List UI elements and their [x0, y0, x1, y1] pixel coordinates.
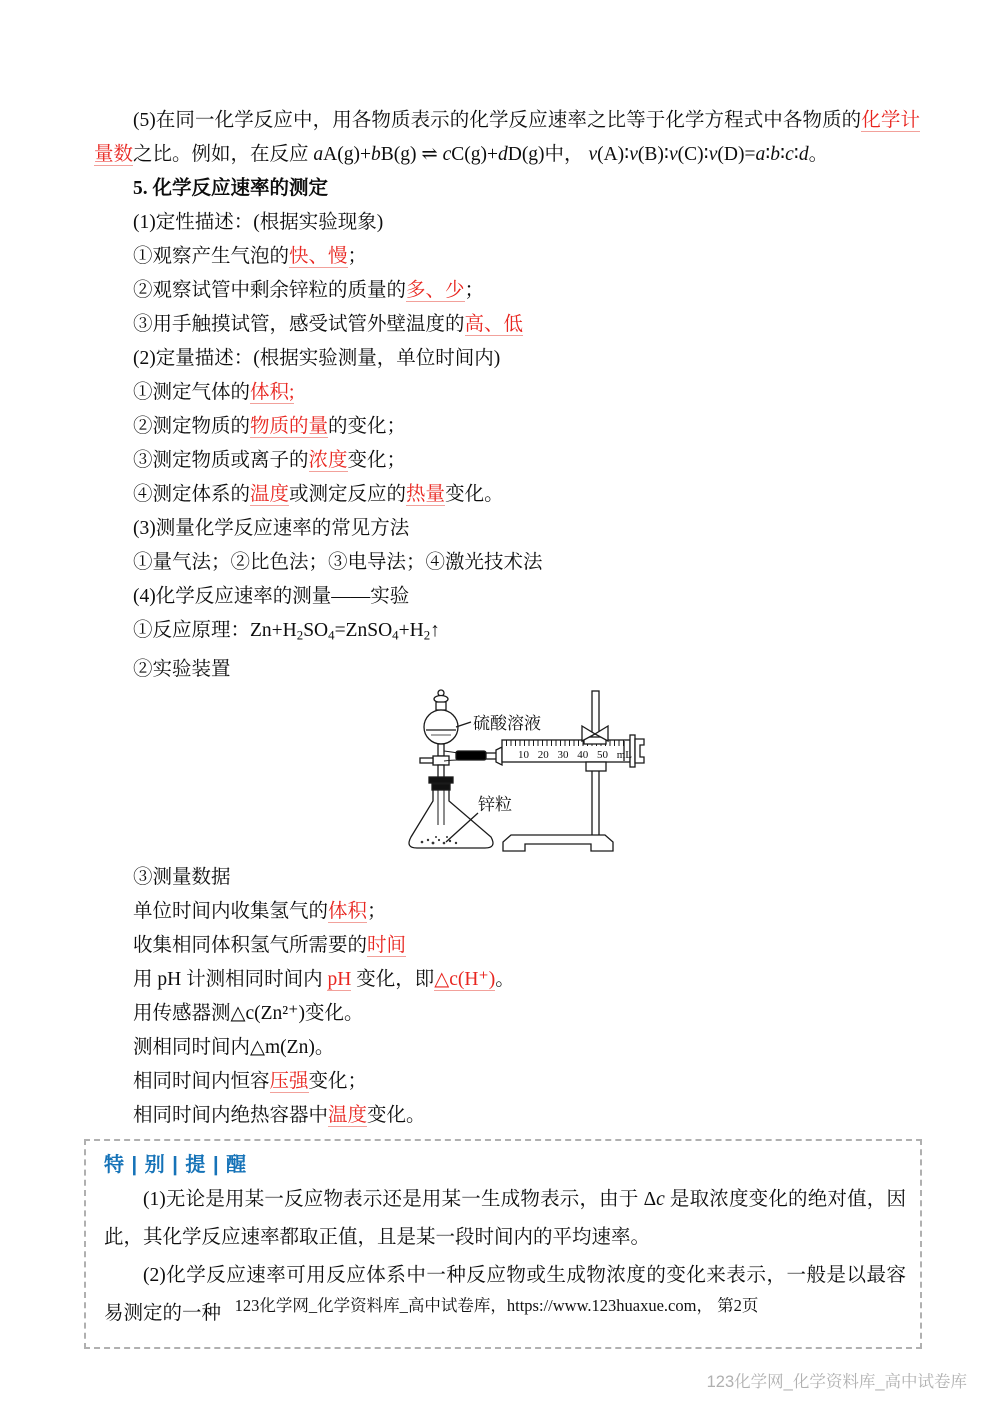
- measure-ph: 用 pH 计测相同时间内 pH 变化，即△c(H⁺)。: [94, 963, 920, 997]
- item-common-methods-intro: (3)测量化学反应速率的常见方法: [94, 512, 920, 546]
- zinc-label: 锌粒: [478, 795, 512, 814]
- measure-zn-mass: 测相同时间内△m(Zn)。: [94, 1031, 920, 1065]
- measure-volume: 单位时间内收集氢气的体积；: [94, 895, 920, 929]
- item-qualitative-1: ①观察产生气泡的快、慢；: [94, 240, 920, 274]
- item-quantitative-2: ②测定物质的物质的量的变化；: [94, 410, 920, 444]
- reminder-box: 特 | 别 | 提 | 醒 (1)无论是用某一反应物表示还是用某一生成物表示，由…: [84, 1139, 922, 1349]
- separating-funnel: [420, 690, 458, 779]
- page-content: (5)在同一化学反应中，用各物质表示的化学反应速率之比等于化学方程式中各物质的化…: [94, 104, 920, 1349]
- diagram-labels: 硫酸溶液 锌粒: [446, 714, 541, 842]
- measure-zn-ion: 用传感器测△c(Zn²⁺)变化。: [94, 997, 920, 1031]
- item-quantitative-intro: (2)定量描述：(根据实验测量，单位时间内): [94, 342, 920, 376]
- apparatus-figure: 10 20 30 40 50 mL 硫酸溶液 锌粒: [94, 687, 920, 861]
- item-apparatus-label: ②实验装置: [94, 653, 920, 687]
- item-quantitative-3: ③测定物质或离子的浓度变化；: [94, 444, 920, 478]
- reminder-title: 特 | 别 | 提 | 醒: [104, 1149, 906, 1181]
- measure-pressure: 相同时间内恒容压强变化；: [94, 1065, 920, 1099]
- reminder-point-1: (1)无论是用某一反应物表示还是用某一生成物表示，由于 Δc 是取浓度变化的绝对…: [104, 1181, 906, 1257]
- measure-time: 收集相同体积氢气所需要的时间: [94, 929, 920, 963]
- measure-temperature: 相同时间内绝热容器中温度变化。: [94, 1099, 920, 1133]
- gas-syringe: 10 20 30 40 50 mL: [496, 735, 644, 767]
- acid-solution-label: 硫酸溶液: [473, 714, 541, 733]
- item-reaction-principle: ①反应原理：Zn+H2SO4=ZnSO4+H2↑: [94, 614, 920, 653]
- item-quantitative-4: ④测定体系的温度或测定反应的热量变化。: [94, 478, 920, 512]
- item-common-methods-list: ①量气法；②比色法；③电导法；④激光技术法: [94, 546, 920, 580]
- item-measured-data-label: ③测量数据: [94, 861, 920, 895]
- apparatus-diagram: 10 20 30 40 50 mL 硫酸溶液 锌粒: [392, 689, 672, 859]
- site-watermark: 123化学网_化学资料库_高中试卷库: [707, 1368, 967, 1392]
- item-quantitative-1: ①测定气体的体积;: [94, 376, 920, 410]
- page-footer: 123化学网_化学资料库_高中试卷库，https://www.123huaxue…: [0, 1292, 993, 1316]
- para-rate-ratio-rule: (5)在同一化学反应中，用各物质表示的化学反应速率之比等于化学方程式中各物质的化…: [94, 104, 920, 172]
- item-qualitative-3: ③用手触摸试管，感受试管外壁温度的高、低: [94, 308, 920, 342]
- heading-rate-measurement: 5. 化学反应速率的测定: [94, 172, 920, 206]
- item-experiment-intro: (4)化学反应速率的测量——实验: [94, 580, 920, 614]
- syringe-scale-label: 10 20 30 40 50 mL: [518, 749, 632, 761]
- connecting-tube: [444, 751, 498, 761]
- document-page: (5)在同一化学反应中，用各物质表示的化学反应速率之比等于化学方程式中各物质的化…: [0, 0, 993, 1404]
- item-qualitative-intro: (1)定性描述：(根据实验现象): [94, 206, 920, 240]
- item-qualitative-2: ②观察试管中剩余锌粒的质量的多、少；: [94, 274, 920, 308]
